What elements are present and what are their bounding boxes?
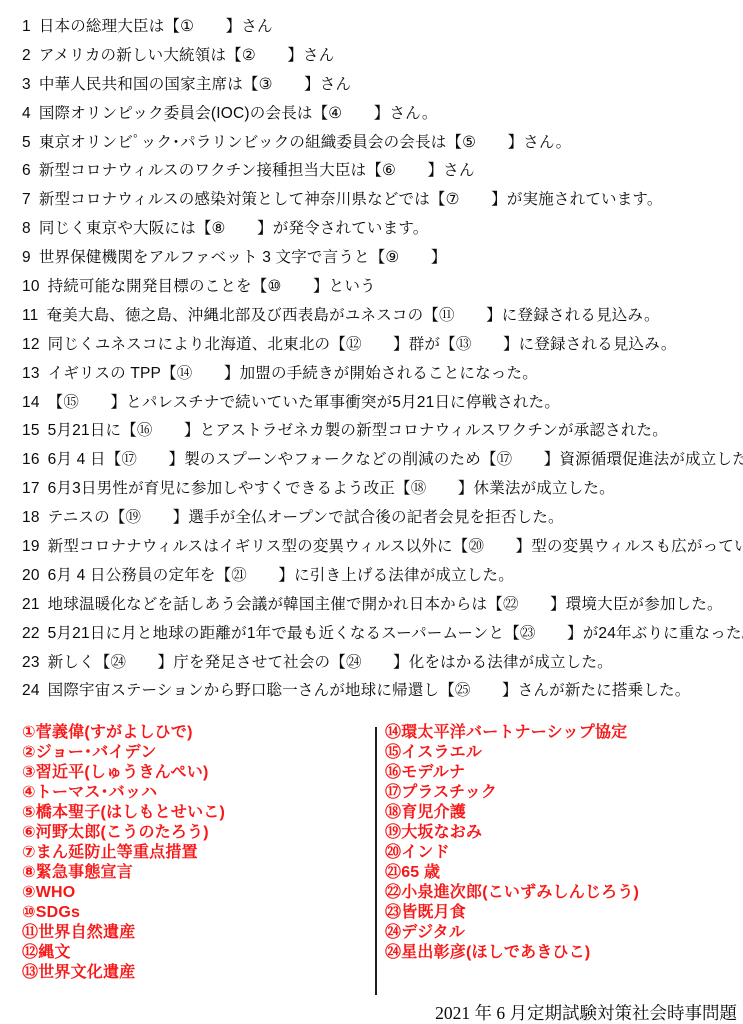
question-number: 12 bbox=[22, 331, 40, 360]
question-row: 4国際オリンピック委員会(IOC)の会長は【④ 】さん。 bbox=[22, 100, 741, 129]
question-row: 24国際宇宙ステーションから野口聡一さんが地球に帰還し【㉕ 】さんが新たに搭乗し… bbox=[22, 677, 741, 706]
question-number: 4 bbox=[22, 100, 31, 129]
question-number: 5 bbox=[22, 129, 31, 158]
question-row: 9世界保健機関をアルファベット 3 文字で言うと【⑨ 】 bbox=[22, 244, 741, 273]
answer-item: ⑳インド bbox=[385, 843, 639, 863]
answer-item: ㉔星出彰彦(ほしであきひこ) bbox=[385, 943, 639, 963]
question-text: 国際宇宙ステーションから野口聡一さんが地球に帰還し【㉕ 】さんが新たに搭乗した。 bbox=[48, 682, 691, 699]
answer-item: ㉓皆既月食 bbox=[385, 903, 639, 923]
question-row: 206月 4 日公務員の定年を【㉑ 】に引き上げる法律が成立した。 bbox=[22, 562, 741, 591]
question-number: 19 bbox=[22, 533, 40, 562]
answer-item: ⑬世界文化遺産 bbox=[22, 963, 225, 983]
answer-item: ⑤橋本聖子(はしもとせいこ) bbox=[22, 803, 225, 823]
question-text: 6月3日男性が育児に参加しやすくできるよう改正【⑱ 】休業法が成立した。 bbox=[48, 480, 615, 497]
question-text: テニスの【⑲ 】選手が全仏オープンで試合後の記者会見を拒否した。 bbox=[48, 509, 564, 526]
question-number: 18 bbox=[22, 504, 40, 533]
question-list: 1日本の総理大臣は【① 】さん2アメリカの新しい大統領は【② 】さん3中華人民共… bbox=[22, 13, 741, 706]
question-row: 14【⑮ 】とパレスチナで続いていた軍事衝突が5月21日に停戦された。 bbox=[22, 389, 741, 418]
question-row: 7新型コロナウィルスの感染対策として神奈川県などでは【⑦ 】が実施されています。 bbox=[22, 186, 741, 215]
answer-item: ⑮イスラエル bbox=[385, 743, 639, 763]
answer-item: ⑯モデルナ bbox=[385, 763, 639, 783]
footer-caption: 2021 年 6 月定期試験対策社会時事問題 bbox=[435, 1002, 737, 1024]
answer-item: ⑩SDGs bbox=[22, 903, 225, 923]
question-text: 新型コロナウィルスのワクチン接種担当大臣は【⑥ 】さん bbox=[39, 162, 475, 179]
question-number: 20 bbox=[22, 562, 40, 591]
answer-column-divider bbox=[375, 727, 377, 995]
question-text: 東京オリンビﾟック･パラリンビックの組織委員会の会長は【⑤ 】さん。 bbox=[39, 134, 572, 151]
question-text: 新型コロナナウィルスはイギリス型の変異ウィルス以外に【⑳ 】型の変異ウィルスも広… bbox=[48, 538, 743, 555]
question-text: 同じく東京や大阪には【⑧ 】が発令されています。 bbox=[39, 220, 429, 237]
question-text: 新型コロナウィルスの感染対策として神奈川県などでは【⑦ 】が実施されています。 bbox=[39, 191, 663, 208]
answer-item: ⑭環太平洋バートナーシップ協定 bbox=[385, 723, 639, 743]
question-number: 6 bbox=[22, 157, 31, 186]
answer-item: ⑦まん延防止等重点措置 bbox=[22, 843, 225, 863]
question-text: 奄美大島、徳之島、沖縄北部及び西表島がユネスコの【⑪ 】に登録される見込み。 bbox=[47, 307, 660, 324]
question-row: 21地球温暖化などを話しあう会議が韓国主催で開かれ日本からは【㉒ 】環境大臣が参… bbox=[22, 591, 741, 620]
question-row: 6新型コロナウィルスのワクチン接種担当大臣は【⑥ 】さん bbox=[22, 157, 741, 186]
question-text: 国際オリンピック委員会(IOC)の会長は【④ 】さん。 bbox=[39, 105, 438, 122]
question-row: 23新しく【㉔ 】庁を発足させて社会の【㉔ 】化をはかる法律が成立した。 bbox=[22, 649, 741, 678]
answer-item: ㉒小泉進次郎(こいずみしんじろう) bbox=[385, 883, 639, 903]
question-text: アメリカの新しい大統領は【② 】さん bbox=[39, 47, 335, 64]
question-number: 9 bbox=[22, 244, 31, 273]
question-number: 14 bbox=[22, 389, 40, 418]
answer-item: ⑫縄文 bbox=[22, 943, 225, 963]
answer-item: ⑨WHO bbox=[22, 883, 225, 903]
question-number: 23 bbox=[22, 649, 40, 678]
question-row: 5東京オリンビﾟック･パラリンビックの組織委員会の会長は【⑤ 】さん。 bbox=[22, 129, 741, 158]
question-row: 176月3日男性が育児に参加しやすくできるよう改正【⑱ 】休業法が成立した。 bbox=[22, 475, 741, 504]
question-text: 同じくユネスコにより北海道、北東北の【⑫ 】群が【⑬ 】に登録される見込み。 bbox=[48, 336, 677, 353]
question-text: 【⑮ 】とパレスチナで続いていた軍事衝突が5月21日に停戦された。 bbox=[48, 394, 560, 411]
answer-item: ⑧緊急事態宣言 bbox=[22, 863, 225, 883]
answer-item: ④トーマス･バッハ bbox=[22, 783, 225, 803]
question-text: 5月21日に【⑯ 】とアストラゼネカ製の新型コロナウィルスワクチンが承認された。 bbox=[48, 422, 668, 439]
question-text: 地球温暖化などを話しあう会議が韓国主催で開かれ日本からは【㉒ 】環境大臣が参加し… bbox=[48, 596, 723, 613]
answer-column-right: ⑭環太平洋バートナーシップ協定⑮イスラエル⑯モデルナ⑰プラスチック⑱育児介護⑲大… bbox=[385, 723, 639, 963]
answer-item: ⑥河野太郎(こうのたろう) bbox=[22, 823, 225, 843]
question-row: 18テニスの【⑲ 】選手が全仏オープンで試合後の記者会見を拒否した。 bbox=[22, 504, 741, 533]
question-number: 24 bbox=[22, 677, 40, 706]
question-row: 166月 4 日【⑰ 】製のスプーンやフォークなどの削減のため【⑰ 】資源循環促… bbox=[22, 446, 741, 475]
question-row: 8同じく東京や大阪には【⑧ 】が発令されています。 bbox=[22, 215, 741, 244]
question-number: 15 bbox=[22, 417, 40, 446]
question-number: 17 bbox=[22, 475, 40, 504]
question-number: 7 bbox=[22, 186, 31, 215]
answer-item: ⑰プラスチック bbox=[385, 783, 639, 803]
question-row: 10持続可能な開発目標のことを【⑩ 】という bbox=[22, 273, 741, 302]
answer-item: ㉑65 歳 bbox=[385, 863, 639, 883]
question-number: 1 bbox=[22, 13, 31, 42]
answer-item: ③習近平(しゅうきんぺい) bbox=[22, 763, 225, 783]
question-number: 16 bbox=[22, 446, 40, 475]
question-number: 11 bbox=[22, 302, 39, 331]
question-text: 日本の総理大臣は【① 】さん bbox=[39, 18, 273, 35]
question-number: 8 bbox=[22, 215, 31, 244]
question-text: 新しく【㉔ 】庁を発足させて社会の【㉔ 】化をはかる法律が成立した。 bbox=[48, 654, 613, 671]
question-text: イギリスの TPP【⑭ 】加盟の手続きが開始されることになった。 bbox=[48, 365, 538, 382]
question-text: 世界保健機関をアルファベット 3 文字で言うと【⑨ 】 bbox=[39, 249, 447, 266]
answer-item: ㉔デジタル bbox=[385, 923, 639, 943]
answer-item: ①菅義偉(すがよしひで) bbox=[22, 723, 225, 743]
question-row: 225月21日に月と地球の距離が1年で最も近くなるスーパームーンと【㉓ 】が24… bbox=[22, 620, 741, 649]
question-number: 22 bbox=[22, 620, 40, 649]
question-row: 19新型コロナナウィルスはイギリス型の変異ウィルス以外に【⑳ 】型の変異ウィルス… bbox=[22, 533, 741, 562]
question-text: 持続可能な開発目標のことを【⑩ 】という bbox=[48, 278, 376, 295]
answer-item: ⑲大坂なおみ bbox=[385, 823, 639, 843]
question-text: 5月21日に月と地球の距離が1年で最も近くなるスーパームーンと【㉓ 】が24年ぶ… bbox=[48, 625, 743, 642]
question-row: 2アメリカの新しい大統領は【② 】さん bbox=[22, 42, 741, 71]
question-number: 13 bbox=[22, 360, 40, 389]
question-number: 2 bbox=[22, 42, 31, 71]
answer-item: ②ジョー･バイデン bbox=[22, 743, 225, 763]
question-row: 11奄美大島、徳之島、沖縄北部及び西表島がユネスコの【⑪ 】に登録される見込み。 bbox=[22, 302, 741, 331]
question-text: 中華人民共和国の国家主席は【③ 】さん bbox=[39, 76, 351, 93]
question-row: 3中華人民共和国の国家主席は【③ 】さん bbox=[22, 71, 741, 100]
question-number: 3 bbox=[22, 71, 31, 100]
question-number: 10 bbox=[22, 273, 40, 302]
question-row: 12同じくユネスコにより北海道、北東北の【⑫ 】群が【⑬ 】に登録される見込み。 bbox=[22, 331, 741, 360]
answer-column-left: ①菅義偉(すがよしひで)②ジョー･バイデン③習近平(しゅうきんぺい)④トーマス･… bbox=[22, 723, 225, 983]
answer-item: ⑪世界自然遺産 bbox=[22, 923, 225, 943]
question-text: 6月 4 日【⑰ 】製のスプーンやフォークなどの削減のため【⑰ 】資源循環促進法… bbox=[48, 451, 743, 468]
answer-item: ⑱育児介護 bbox=[385, 803, 639, 823]
question-row: 155月21日に【⑯ 】とアストラゼネカ製の新型コロナウィルスワクチンが承認され… bbox=[22, 417, 741, 446]
question-text: 6月 4 日公務員の定年を【㉑ 】に引き上げる法律が成立した。 bbox=[48, 567, 514, 584]
question-row: 1日本の総理大臣は【① 】さん bbox=[22, 13, 741, 42]
document-page: 1日本の総理大臣は【① 】さん2アメリカの新しい大統領は【② 】さん3中華人民共… bbox=[0, 0, 743, 1024]
question-number: 21 bbox=[22, 591, 40, 620]
question-row: 13イギリスの TPP【⑭ 】加盟の手続きが開始されることになった。 bbox=[22, 360, 741, 389]
